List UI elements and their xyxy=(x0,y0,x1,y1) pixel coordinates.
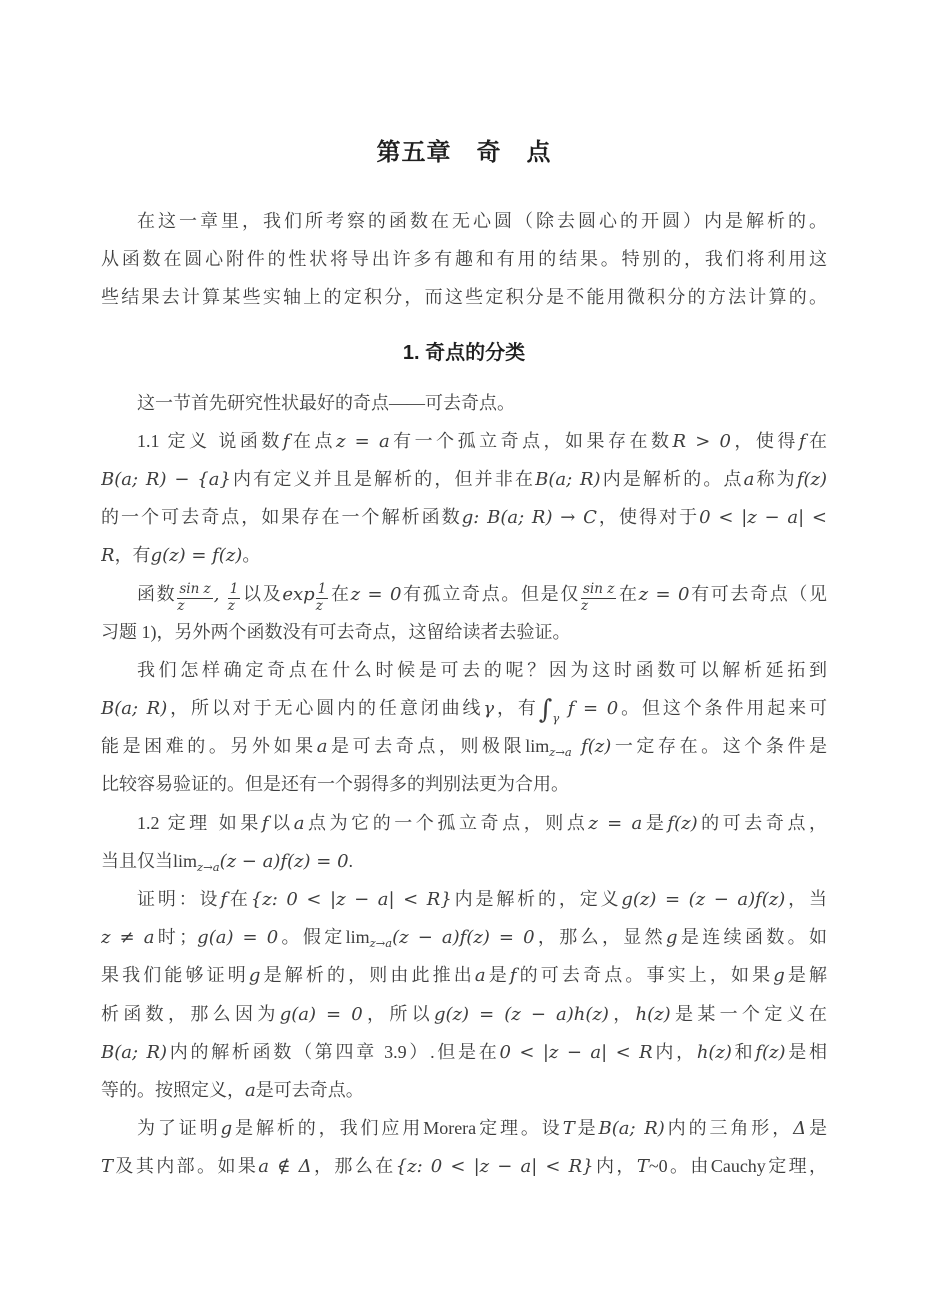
text-line: B(a; R)，所以对于无心圆内的任意闭曲线γ，有∫γ f = 0。但这个条件用… xyxy=(101,689,827,727)
body-text: 以 xyxy=(269,813,294,833)
math-text: (z − a)f(z) = 0 xyxy=(392,927,534,948)
body-text: ，那么在 xyxy=(312,1156,396,1176)
body-text: 是解 xyxy=(785,965,827,985)
math-text: exp xyxy=(282,584,314,605)
body-text: 以及 xyxy=(241,584,282,604)
text-line: 证明：设f在{z: 0 < |z − a| < R}内是解析的，定义g(z) =… xyxy=(101,880,827,918)
math-text: a xyxy=(744,469,755,490)
text-line: z ≠ a时；g(a) = 0。假定limz→a(z − a)f(z) = 0，… xyxy=(101,918,827,956)
body-text: 及其内部。如果 xyxy=(113,1156,258,1176)
body-text: 一定存在。这个条件是 xyxy=(611,736,827,756)
body-text: 当且仅当 xyxy=(101,851,173,871)
body-text: 是相 xyxy=(786,1042,827,1062)
math-text: g: B(a; R) → C xyxy=(462,507,597,528)
math-text: {z: 0 < |z − a| < R} xyxy=(396,1156,594,1177)
math-text: a xyxy=(294,813,305,834)
body-text: . xyxy=(349,851,354,871)
math-text: B(a; R) xyxy=(599,1118,665,1139)
text-line: 这一节首先研究性状最好的奇点——可去奇点。 xyxy=(101,384,827,422)
body-text: 比较容易验证的。但是还有一个弱得多的判别法更为合用。 xyxy=(101,774,569,794)
body-text: 有一个孤立奇点，如果存在数 xyxy=(390,431,673,451)
body-text: 习题 1)，另外两个函数没有可去奇点，这留给读者去验证。 xyxy=(101,622,571,642)
text-line: 习题 1)，另外两个函数没有可去奇点，这留给读者去验证。 xyxy=(101,613,827,651)
math-text: g xyxy=(666,927,678,948)
math-text: f(z) xyxy=(667,813,697,834)
text-line: 在这一章里，我们所考察的函数在无心圆（除去圆心的开圆）内是解析的。 xyxy=(101,202,827,240)
body-text: 有可去奇点（见 xyxy=(689,584,827,604)
math-text: f xyxy=(283,431,290,452)
fraction: sin zz xyxy=(581,582,616,614)
body-text: 函数 xyxy=(137,584,176,604)
math-text: f xyxy=(262,813,269,834)
text-line: T及其内部。如果a ∉ Δ，那么在{z: 0 < |z − a| < R}内，T… xyxy=(101,1147,827,1185)
math-text: g xyxy=(773,965,785,986)
body-text: ， xyxy=(609,1004,636,1024)
body-text: limz→a xyxy=(346,927,393,947)
body-text: 。 xyxy=(242,545,260,565)
text-line: 等的。按照定义，a是可去奇点。 xyxy=(101,1071,827,1109)
body-text: 内， xyxy=(594,1156,637,1176)
math-text: z = a xyxy=(336,431,390,452)
subscript: z→a xyxy=(549,745,572,759)
math-text: z = 0 xyxy=(639,584,690,605)
math-text: g(z) = f(z) xyxy=(151,545,243,566)
body-text: 的可去奇点。事实上，如果 xyxy=(517,965,774,985)
body-text: 是连续函数。如 xyxy=(678,927,827,947)
body-text: 内， xyxy=(653,1042,697,1062)
math-text: T xyxy=(101,1156,113,1177)
page: 第五章 奇 点 在这一章里，我们所考察的函数在无心圆（除去圆心的开圆）内是解析的… xyxy=(0,0,926,1309)
math-text: a xyxy=(245,1080,256,1101)
math-text: a ∉ Δ xyxy=(258,1156,311,1177)
body-text: 是 xyxy=(642,813,667,833)
body-text: 能是困难的。另外如果 xyxy=(101,736,317,756)
body-text: 是 xyxy=(806,1118,827,1138)
math-text: ∫γ xyxy=(539,695,559,725)
text-line: 比较容易验证的。但是还有一个弱得多的判别法更为合用。 xyxy=(101,765,827,803)
body-text: 为了证明 xyxy=(137,1118,221,1138)
body-text: 内的解析函数（第四章 3.9）.但是在 xyxy=(167,1042,499,1062)
body-text: 是某一个定义在 xyxy=(671,1004,827,1024)
subscript: z→a xyxy=(197,860,220,874)
body-text: 和 xyxy=(732,1042,755,1062)
body-text: 的一个可去奇点，如果存在一个解析函数 xyxy=(101,507,462,527)
text-line: 当且仅当limz→a(z − a)f(z) = 0. xyxy=(101,842,827,880)
math-text: g(z) = (z − a)f(z) xyxy=(621,889,785,910)
body-text: 有孤立奇点。但是仅 xyxy=(401,584,580,604)
body-text: 从函数在圆心附件的性状将导出许多有趣和有用的结果。特别的，我们将利用这 xyxy=(101,249,827,269)
body-text: 1.2 定理 如果 xyxy=(137,813,262,833)
text-line: 为了证明g是解析的，我们应用Morera定理。设T是B(a; R)内的三角形，Δ… xyxy=(101,1109,827,1147)
body-text: ，有 xyxy=(115,545,151,565)
body-text: 是解析的，则由此推出 xyxy=(260,965,474,985)
math-text: z ≠ a xyxy=(101,927,154,948)
math-text: {z: 0 < |z − a| < R} xyxy=(251,889,452,910)
body-text: 是 xyxy=(575,1118,599,1138)
section-heading: 1. 奇点的分类 xyxy=(101,339,827,367)
body-text: 是可去奇点，则极限 xyxy=(327,736,525,756)
math-text: a xyxy=(317,736,328,757)
math-text: B(a; R) xyxy=(535,469,600,490)
fraction: 1z xyxy=(316,582,329,614)
document-body: 在这一章里，我们所考察的函数在无心圆（除去圆心的开圆）内是解析的。从函数在圆心附… xyxy=(101,202,827,1186)
math-text: f(z) xyxy=(797,469,827,490)
text-line: B(a; R) − {a}内有定义并且是解析的，但并非在B(a; R)内是解析的… xyxy=(101,460,827,498)
math-text: f(z) xyxy=(572,736,612,757)
math-text: B(a; R) − {a} xyxy=(101,469,231,490)
body-text: 内是解析的。点 xyxy=(601,469,744,489)
math-text: g(a) = 0 xyxy=(197,927,278,948)
math-text: , xyxy=(214,584,227,605)
body-text: 1.1 定义 说函数 xyxy=(137,431,283,451)
math-text: (z − a)f(z) = 0 xyxy=(220,851,349,872)
body-text: 这一节首先研究性状最好的奇点——可去奇点。 xyxy=(137,393,515,413)
subscript: z→a xyxy=(370,936,393,950)
body-text: 果我们能够证明 xyxy=(101,965,249,985)
math-text: g(a) = 0 xyxy=(280,1004,363,1025)
math-text: B(a; R) xyxy=(101,698,167,719)
math-text: R > 0 xyxy=(672,431,731,452)
body-text: 析函数，那么因为 xyxy=(101,1004,280,1024)
body-text: 等的。按照定义， xyxy=(101,1080,245,1100)
math-text: g(z) = (z − a)h(z) xyxy=(434,1004,609,1025)
body-text: 是 xyxy=(486,965,510,985)
text-line: 从函数在圆心附件的性状将导出许多有趣和有用的结果。特别的，我们将利用这 xyxy=(101,240,827,278)
body-text: 内有定义并且是解析的，但并非在 xyxy=(231,469,535,489)
body-text: ~0。由Cauchy定理， xyxy=(649,1156,827,1176)
text-line: 的一个可去奇点，如果存在一个解析函数g: B(a; R) → C，使得对于0 <… xyxy=(101,498,827,536)
body-text: 内是解析的，定义 xyxy=(452,889,622,909)
body-text: 在点 xyxy=(290,431,336,451)
math-text: γ xyxy=(483,698,494,719)
body-text: 在 xyxy=(227,889,251,909)
text-line: 些结果去计算某些实轴上的定积分，而这些定积分是不能用微积分的方法计算的。 xyxy=(101,278,827,316)
text-line: 函数sin zz, 1z以及exp1z在z = 0有孤立奇点。但是仅sin zz… xyxy=(101,575,827,613)
math-text: f xyxy=(799,431,806,452)
math-text: B(a; R) xyxy=(101,1042,167,1063)
math-text: h(z) xyxy=(697,1042,732,1063)
math-text: R xyxy=(101,545,115,566)
body-text: ，使得对于 xyxy=(597,507,699,527)
body-text: ，有 xyxy=(494,698,539,718)
text-line: 果我们能够证明g是解析的，则由此推出a是f的可去奇点。事实上，如果g是解 xyxy=(101,956,827,994)
body-text: 在 xyxy=(617,584,638,604)
fraction: sin zz xyxy=(177,582,212,614)
math-text: f xyxy=(510,965,517,986)
body-text: 是解析的，我们应用Morera定理。设 xyxy=(232,1118,563,1138)
document-content: 第五章 奇 点 在这一章里，我们所考察的函数在无心圆（除去圆心的开圆）内是解析的… xyxy=(101,0,827,1186)
math-text: f = 0 xyxy=(559,698,618,719)
text-line: 能是困难的。另外如果a是可去奇点，则极限limz→a f(z)一定存在。这个条件… xyxy=(101,727,827,765)
body-text: 在这一章里，我们所考察的函数在无心圆（除去圆心的开圆）内是解析的。 xyxy=(137,211,827,231)
text-line: B(a; R)内的解析函数（第四章 3.9）.但是在0 < |z − a| < … xyxy=(101,1033,827,1071)
text-line: 1.2 定理 如果f以a点为它的一个孤立奇点，则点z = a是f(z)的可去奇点… xyxy=(101,804,827,842)
math-text: g xyxy=(221,1118,233,1139)
body-text: 是可去奇点。 xyxy=(256,1080,364,1100)
text-line: 1.1 定义 说函数f在点z = a有一个孤立奇点，如果存在数R > 0，使得f… xyxy=(101,422,827,460)
chapter-title: 第五章 奇 点 xyxy=(101,136,827,170)
body-text: 内的三角形， xyxy=(665,1118,793,1138)
math-text: z = a xyxy=(588,813,642,834)
math-text: Δ xyxy=(793,1118,806,1139)
body-text: limz→a xyxy=(525,736,572,756)
text-line: 析函数，那么因为g(a) = 0，所以g(z) = (z − a)h(z)，h(… xyxy=(101,995,827,1033)
body-text: ，所以对于无心圆内的任意闭曲线 xyxy=(167,698,483,718)
body-text: 些结果去计算某些实轴上的定积分，而这些定积分是不能用微积分的方法计算的。 xyxy=(101,287,827,307)
fraction: 1z xyxy=(228,582,241,614)
math-text: 0 < |z − a| < xyxy=(699,507,827,528)
math-text: g xyxy=(249,965,261,986)
body-text: 点为它的一个孤立奇点，则点 xyxy=(304,813,588,833)
body-text: limz→a xyxy=(173,851,220,871)
body-text: 称为 xyxy=(754,469,796,489)
math-text: z = 0 xyxy=(351,584,402,605)
body-text: ，当 xyxy=(785,889,827,909)
math-text: 0 < |z − a| < R xyxy=(499,1042,652,1063)
math-text: h(z) xyxy=(636,1004,671,1025)
math-text: T xyxy=(637,1156,649,1177)
body-text: ，所以 xyxy=(363,1004,434,1024)
body-text: 证明：设 xyxy=(137,889,220,909)
text-line: R，有g(z) = f(z)。 xyxy=(101,536,827,574)
body-text: 我们怎样确定奇点在什么时候是可去的呢？因为这时函数可以解析延拓到 xyxy=(137,660,827,680)
text-line: 我们怎样确定奇点在什么时候是可去的呢？因为这时函数可以解析延拓到 xyxy=(101,651,827,689)
body-text: 。假定 xyxy=(278,927,345,947)
body-text: ，那么，显然 xyxy=(535,927,666,947)
math-text: T xyxy=(563,1118,575,1139)
body-text: 在 xyxy=(329,584,350,604)
body-text: 。但这个条件用起来可 xyxy=(618,698,827,718)
math-text: a xyxy=(475,965,486,986)
body-text: 在 xyxy=(806,431,827,451)
body-text: 的可去奇点， xyxy=(698,813,827,833)
body-text: ，使得 xyxy=(731,431,799,451)
math-text: f(z) xyxy=(755,1042,785,1063)
body-text: 时； xyxy=(154,927,197,947)
